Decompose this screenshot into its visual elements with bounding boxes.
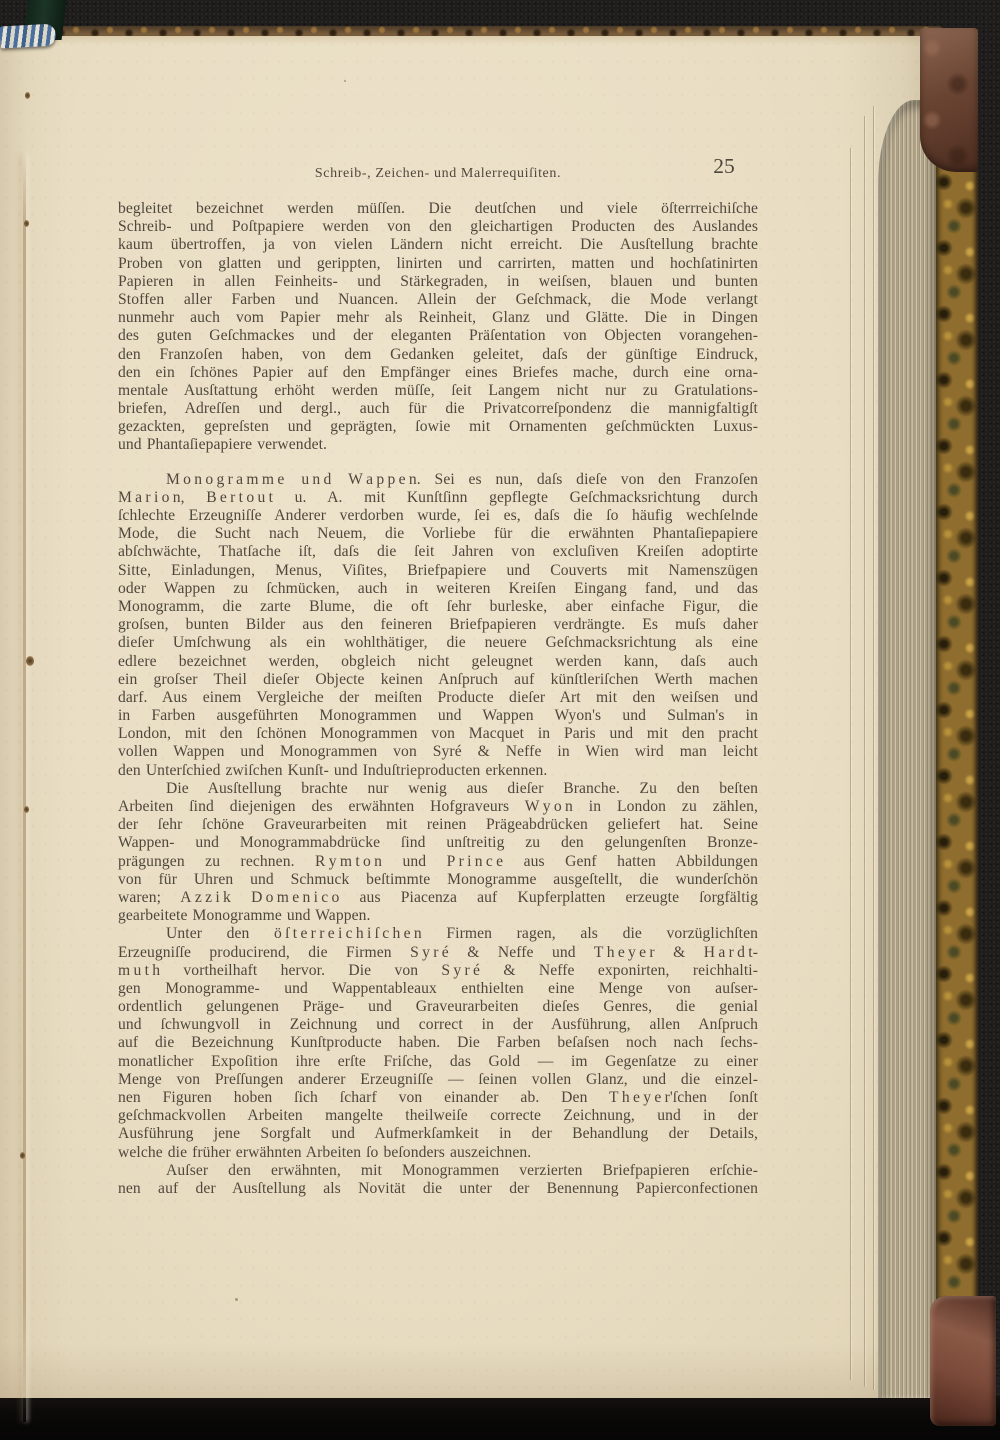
text-line: und Phantaſiepapiere verwendet.: [118, 436, 758, 454]
gutter-crease: [23, 154, 26, 1422]
text-line: waren; A z z i k D o m e n i c o aus Pia…: [118, 889, 758, 907]
leather-corner-top-right: [920, 28, 978, 172]
text-line: nunmehr auch vom Papier mehr als Reinhei…: [118, 309, 758, 327]
page-curl-line: [864, 116, 865, 1386]
text-line: vollen Wappen und Monogrammen von Syré &…: [118, 743, 758, 761]
text-line: m u t h vortheilhaft hervor. Die von S y…: [118, 962, 758, 980]
text-line: Monogramm, die zarte Blume, die oft ſehr…: [118, 598, 758, 616]
text-line: auf die Bezeichnung Kunſtproducte haben.…: [118, 1034, 758, 1052]
text-line: Schreib- und Poſtpapiere werden von den …: [118, 218, 758, 236]
text-line: Unter den ö ſ t e r r e i c h i ſ c h e …: [118, 925, 758, 943]
text-line: Erzeugniſſe producirend, die Firmen S y …: [118, 944, 758, 962]
page-number: 25: [688, 154, 760, 179]
sewing-hole: [26, 656, 34, 666]
sewing-hole: [20, 1152, 25, 1159]
text-line: dieſer Umſchwung als ein wohlthätiger, d…: [118, 634, 758, 652]
marbled-cover-edge: [936, 40, 978, 1412]
text-line: des guten Geſchmackes und der eleganten …: [118, 327, 758, 345]
text-line: nen auf der Ausſtellung als Novität die …: [118, 1180, 758, 1198]
text-line: ein groſser Theil dieſer Objecte keinen …: [118, 671, 758, 689]
paper-speck: [235, 1298, 238, 1301]
text-line: Sitte, Einladungen, Menus, Viſites, Brie…: [118, 562, 758, 580]
text-line: begleitet bezeichnet werden müſſen. Die …: [118, 200, 758, 218]
text-line: nen Figuren hoben ſich ſcharf von einand…: [118, 1089, 758, 1107]
text-line: abſchwächte, Thatſache iſt, daſs die ſei…: [118, 543, 758, 561]
text-line: und ſchwungvoll in Zeichnung und correct…: [118, 1016, 758, 1034]
text-line: gezackten, gepreſsten und geprägten, ſow…: [118, 418, 758, 436]
text-line: von für Uhren und Schmuck beſtimmte Mono…: [118, 871, 758, 889]
text-line: darf. Aus einem Vergleiche der meiſten P…: [118, 689, 758, 707]
paper-speck: [344, 80, 346, 82]
text-line: London, mit den ſchönen Monogrammen von …: [118, 725, 758, 743]
page-curl-line: [873, 106, 874, 1390]
text-line: ordentlich gelungenen Präge- und Graveur…: [118, 998, 758, 1016]
text-line: Auſser den erwähnten, mit Monogrammen ve…: [118, 1162, 758, 1180]
sewing-hole: [25, 92, 30, 99]
book-bottom-board: [0, 1396, 1000, 1440]
text-block: begleitet bezeichnet werden müſſen. Die …: [118, 200, 758, 1198]
text-line: gen Monogramme- und Wappentableaux enthi…: [118, 980, 758, 998]
text-line: Mode, die Sucht nach Neuem, die Vorliebe…: [118, 525, 758, 543]
text-line: groſsen, bunten Bilder aus den feineren …: [118, 616, 758, 634]
leather-corner-bottom-right: [930, 1296, 996, 1426]
text-line: der ſehr ſchöne Graveurarbeiten mit rein…: [118, 816, 758, 834]
text-line: in Farben ausgeführten Monogrammen und W…: [118, 707, 758, 725]
text-line: den Unterſchied zwiſchen Kunſt- und Indu…: [118, 762, 758, 780]
text-line: den ein ſchönes Papier auf den Empfänger…: [118, 364, 758, 382]
text-line: Proben von glatten und gerippten, linirt…: [118, 255, 758, 273]
text-line: geſchmackvollen Arbeiten mangelte theilw…: [118, 1107, 758, 1125]
sewing-hole: [24, 220, 29, 227]
headband: [0, 24, 57, 49]
text-line: M o n o g r a m m e u n d W a p p e n. S…: [118, 471, 758, 489]
text-line: Stoffen aller Farben und Nuancen. Allein…: [118, 291, 758, 309]
sewing-hole: [24, 806, 29, 813]
text-line: ſchlechte Erzeugniſſe Anderer verdorben …: [118, 507, 758, 525]
text-line: M a r i o n, B e r t o u t u. A. mit Kun…: [118, 489, 758, 507]
text-line: Menge von Preſſungen anderer Erzeugniſſe…: [118, 1071, 758, 1089]
paragraph: Die Ausſtellung brachte nur wenig aus di…: [118, 780, 758, 926]
text-line: prägungen zu rechnen. R y m t o n und P …: [118, 853, 758, 871]
text-line: Wappen- und Monogrammabdrücke ſind unſtr…: [118, 834, 758, 852]
text-line: den Franzoſen haben, von dem Gedanken ge…: [118, 346, 758, 364]
text-line: oder Wappen zu ſchmücken, auch in weiter…: [118, 580, 758, 598]
text-line: kaum übertroffen, ja von vielen Ländern …: [118, 236, 758, 254]
text-line: Papieren in allen Feinheits- und Stärkeg…: [118, 273, 758, 291]
paragraph: M o n o g r a m m e u n d W a p p e n. S…: [118, 471, 758, 780]
paragraph: Unter den ö ſ t e r r e i c h i ſ c h e …: [118, 925, 758, 1161]
text-line: briefen, Adreſſen und dergl., auch für d…: [118, 400, 758, 418]
running-header: Schreib-, Zeichen- und Malerrequiſiten.: [118, 166, 758, 182]
text-line: Ausführung jene Sorgfalt und Aufmerkſamk…: [118, 1125, 758, 1143]
text-line: Arbeiten ſind diejenigen des erwähnten H…: [118, 798, 758, 816]
text-line: edlere bezeichnet werden, obgleich nicht…: [118, 653, 758, 671]
photo-backdrop: { "document": { "running_header": "Schre…: [0, 0, 1000, 1440]
text-line: mentale Ausſtattung erhöht werden müſſe,…: [118, 382, 758, 400]
text-line: gearbeitete Monogramme und Wappen.: [118, 907, 758, 925]
page-curl-line: [850, 148, 851, 1380]
fore-edge-page-stack: [878, 100, 940, 1398]
paragraph: begleitet bezeichnet werden müſſen. Die …: [118, 200, 758, 455]
text-line: monatlicher Expoſition ihre erſte Friſch…: [118, 1053, 758, 1071]
text-line: welche die früher erwähnten Arbeiten ſo …: [118, 1144, 758, 1162]
paragraph: Auſser den erwähnten, mit Monogrammen ve…: [118, 1162, 758, 1198]
text-line: Die Ausſtellung brachte nur wenig aus di…: [118, 780, 758, 798]
